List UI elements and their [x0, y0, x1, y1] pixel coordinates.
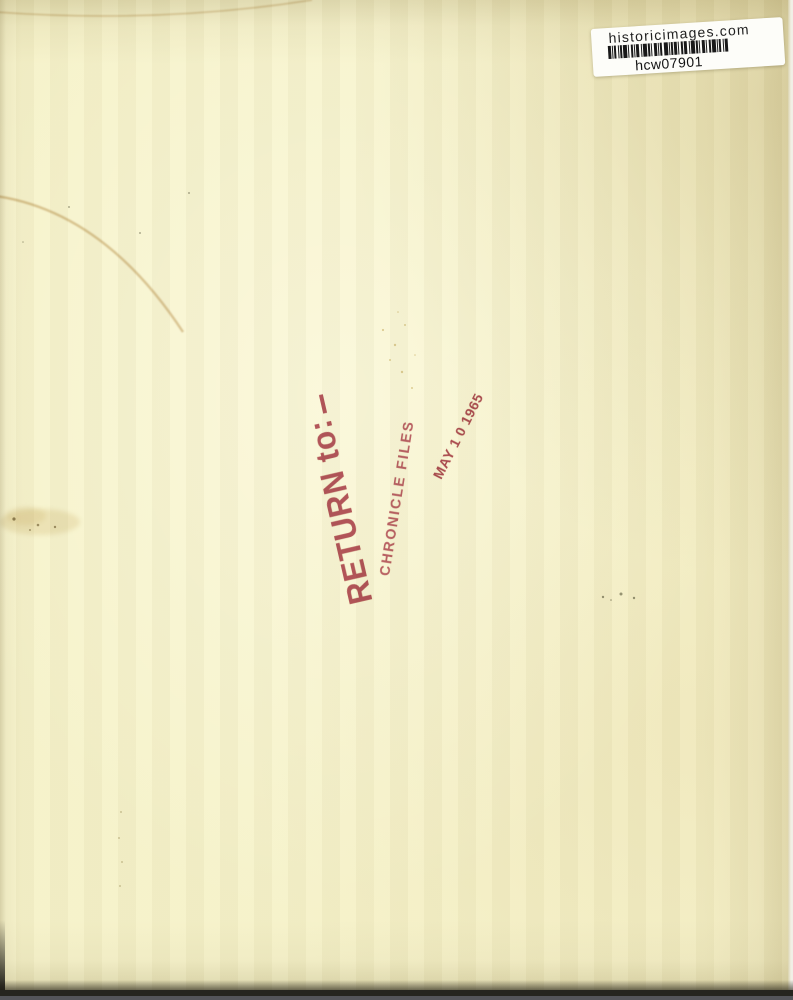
barcode-gap: [727, 38, 729, 51]
ring-stain-arc: [0, 196, 183, 332]
chronicle-files-stamp: CHRONICLE FILES: [376, 419, 417, 577]
photo-back-paper: RETURN to: CHRONICLE FILES MAY 1 0 1965 …: [0, 0, 793, 990]
dust-specks: [22, 192, 190, 243]
scanner-strip: [0, 996, 793, 1000]
inventory-label: historicimages.com hcw07901: [591, 17, 786, 77]
dust-specks-lower-left: [118, 811, 123, 887]
label-code-text: hcw07901: [635, 53, 704, 73]
stamp-underline: [319, 394, 327, 413]
date-stamp: MAY 1 0 1965: [430, 391, 487, 482]
return-to-stamp: RETURN to:: [296, 392, 381, 608]
date-stamp-text: MAY 1 0 1965: [430, 391, 487, 482]
top-stain-arc: [0, 0, 312, 16]
speck-cluster: [382, 311, 416, 389]
print-bottom-shadow: [0, 980, 793, 990]
left-edge-blot: [0, 507, 80, 535]
return-to-stamp-text: RETURN to:: [301, 416, 380, 608]
print-white-edge: [788, 0, 793, 990]
chronicle-files-stamp-text: CHRONICLE FILES: [376, 419, 417, 577]
gray-specks: [602, 593, 635, 601]
